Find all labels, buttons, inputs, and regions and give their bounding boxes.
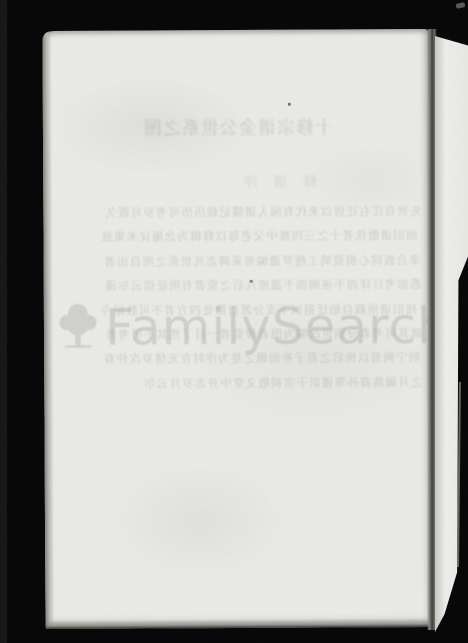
page-bottom-shadow	[46, 618, 432, 629]
scratch-mark	[456, 2, 466, 9]
bleed-line: 幸合族同心捐资鸠工搜罗遗编旁采碑志凡世系之所自出者	[70, 248, 422, 274]
bleed-line: 按旧谱所载自始迁祖以下支分派衍散处四方者不可胜纪今	[70, 297, 422, 323]
watermark-text: FamilySearch	[105, 297, 450, 357]
familysearch-watermark: FamilySearch	[56, 297, 450, 357]
bleed-line: 之月阖族裔孙等谨识于宗祠敬义堂中并志岁月云尔	[70, 370, 422, 396]
bleed-through-title: 十修宗谱金公世系之图	[143, 113, 333, 140]
dust-speck	[288, 103, 291, 106]
bleed-through-heading: 修谱序	[227, 172, 317, 192]
bleed-line: 而旧谱散佚者十之三四族中父老每以修辑为念屡议未果兹	[69, 223, 421, 249]
bleed-line: 悉加考订详而不诬阙而不滥庶几后之览者有所征信云尔谨	[70, 272, 422, 298]
scanned-book-photo: 十修宗谱金公世系之图 修谱序 先世自江右迁居以来代有闻人谱牒记载历历可考岁月既久…	[0, 0, 468, 643]
book-page: 十修宗谱金公世系之图 修谱序 先世自江右迁居以来代有闻人谱牒记载历历可考岁月既久…	[42, 29, 431, 629]
page-edge-shadow	[42, 31, 54, 629]
dust-speck	[250, 280, 253, 283]
bleed-line: 就其可考者分别世次编为图表俾览者一目了然其不可考者	[70, 321, 422, 347]
bleed-line: 则宁阙焉以俟后之君子补而辑之是为序时在光绪岁次仲春	[70, 345, 422, 371]
bleed-through-text-block: 先世自江右迁居以来代有闻人谱牒记载历历可考岁月既久 而旧谱散佚者十之三四族中父老…	[69, 199, 422, 396]
bleed-line: 先世自江右迁居以来代有闻人谱牒记载历历可考岁月既久	[69, 199, 421, 225]
tree-icon	[56, 302, 100, 354]
photo-left-margin	[0, 0, 7, 643]
